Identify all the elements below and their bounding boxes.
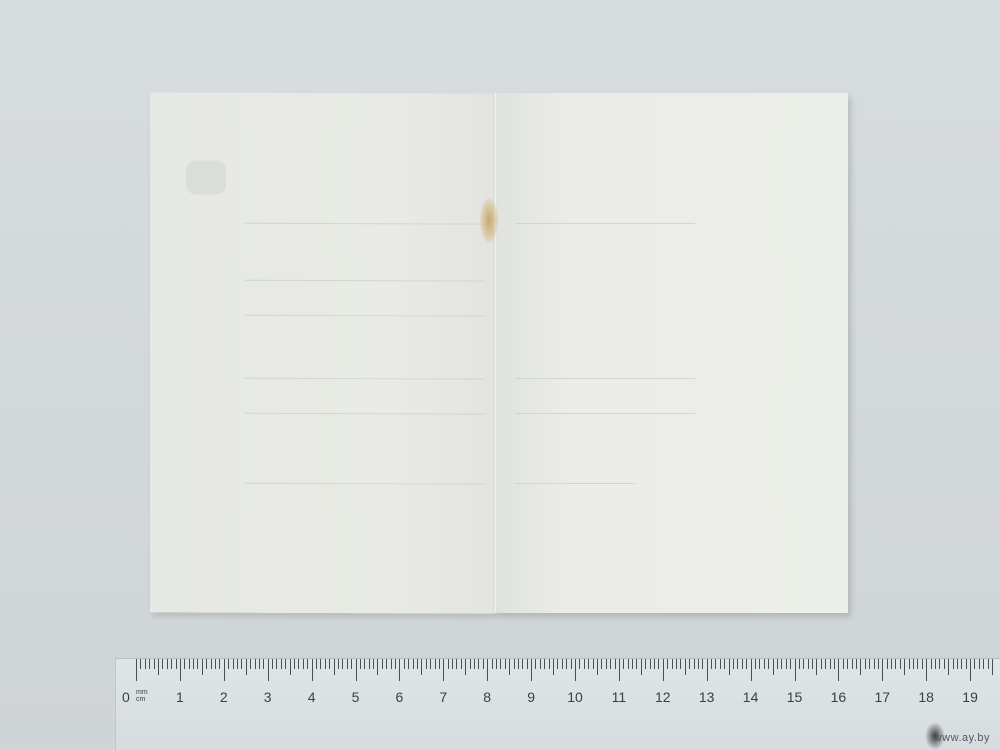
ruler-tick xyxy=(448,659,449,669)
ruler-tick xyxy=(184,659,185,669)
embossed-line xyxy=(515,413,695,414)
ruler-tick xyxy=(316,659,317,669)
ruler-tick xyxy=(773,659,774,675)
ruler-tick xyxy=(171,659,172,669)
ruler-tick xyxy=(395,659,396,669)
ruler-tick xyxy=(615,659,616,669)
ruler-tick xyxy=(246,659,247,675)
ruler-tick xyxy=(465,659,466,675)
ruler-tick xyxy=(724,659,725,669)
ruler-tick xyxy=(944,659,945,669)
ruler-tick xyxy=(917,659,918,669)
ruler-tick xyxy=(290,659,291,675)
ruler-tick xyxy=(992,659,993,675)
ruler-tick xyxy=(268,659,269,681)
ruler-tick xyxy=(259,659,260,669)
ruler-tick xyxy=(799,659,800,669)
ruler-tick xyxy=(720,659,721,669)
ruler-tick xyxy=(478,659,479,669)
ruler-tick xyxy=(795,659,796,681)
ruler-number: 18 xyxy=(918,689,934,705)
ruler-tick xyxy=(781,659,782,669)
ruler-tick xyxy=(843,659,844,669)
ruler-tick xyxy=(759,659,760,669)
ruler-tick xyxy=(241,659,242,669)
ruler-tick xyxy=(430,659,431,669)
ruler-tick xyxy=(566,659,567,669)
ruler-tick xyxy=(329,659,330,669)
ruler-tick xyxy=(838,659,839,681)
ruler-number: 13 xyxy=(699,689,715,705)
ruler-tick xyxy=(650,659,651,669)
ruler-number: 17 xyxy=(875,689,891,705)
ruler-tick xyxy=(443,659,444,681)
ruler: 0 mmcm 12345678910111213141516171819 xyxy=(115,658,1000,750)
ruler-tick xyxy=(193,659,194,669)
ruler-tick xyxy=(307,659,308,669)
ruler-tick xyxy=(961,659,962,669)
ruler-number: 7 xyxy=(439,689,447,705)
ruler-tick xyxy=(312,659,313,681)
ruler-tick xyxy=(869,659,870,669)
embossed-line xyxy=(245,280,485,282)
ruler-tick xyxy=(913,659,914,669)
ruler-tick xyxy=(658,659,659,669)
ruler-number: 15 xyxy=(787,689,803,705)
ruler-tick xyxy=(408,659,409,669)
ruler-tick xyxy=(931,659,932,669)
ruler-tick xyxy=(966,659,967,669)
ruler-tick xyxy=(628,659,629,669)
ruler-tick xyxy=(149,659,150,669)
ruler-number: 14 xyxy=(743,689,759,705)
ruler-tick xyxy=(641,659,642,675)
ruler-tick xyxy=(746,659,747,669)
ruler-tick xyxy=(180,659,181,681)
ruler-tick xyxy=(483,659,484,669)
ruler-tick xyxy=(544,659,545,669)
document-left-page xyxy=(150,92,495,613)
ruler-tick xyxy=(953,659,954,669)
photo-scene: 0 mmcm 12345678910111213141516171819 www… xyxy=(0,0,1000,750)
ruler-number: 3 xyxy=(264,689,272,705)
folded-document xyxy=(150,93,848,613)
ruler-tick xyxy=(421,659,422,675)
embossed-line xyxy=(515,378,695,379)
document-right-page xyxy=(495,93,848,613)
unit-cm: cm xyxy=(136,696,145,703)
ruler-tick xyxy=(439,659,440,669)
ruler-tick xyxy=(812,659,813,669)
ruler-tick xyxy=(255,659,256,669)
ruler-tick xyxy=(909,659,910,669)
ruler-tick xyxy=(338,659,339,669)
ruler-tick xyxy=(856,659,857,669)
ruler-ticks xyxy=(116,659,1000,689)
ruler-tick xyxy=(593,659,594,669)
ruler-tick xyxy=(334,659,335,675)
ruler-tick xyxy=(527,659,528,669)
ruler-tick xyxy=(777,659,778,669)
ruler-tick xyxy=(145,659,146,669)
ruler-tick xyxy=(847,659,848,669)
ruler-tick xyxy=(500,659,501,669)
ruler-tick xyxy=(285,659,286,669)
ruler-tick xyxy=(136,659,137,681)
ruler-tick xyxy=(860,659,861,675)
ruler-tick xyxy=(413,659,414,669)
embossed-emblem xyxy=(186,161,226,195)
ruler-tick xyxy=(575,659,576,681)
ruler-tick xyxy=(474,659,475,669)
ruler-tick xyxy=(360,659,361,669)
ruler-tick xyxy=(597,659,598,675)
ruler-number: 1 xyxy=(176,689,184,705)
ruler-number: 11 xyxy=(612,689,627,705)
ruler-tick xyxy=(391,659,392,669)
ruler-tick xyxy=(672,659,673,669)
ruler-tick xyxy=(167,659,168,669)
ruler-tick xyxy=(492,659,493,669)
ruler-tick xyxy=(689,659,690,669)
ruler-tick xyxy=(509,659,510,675)
ruler-tick xyxy=(373,659,374,669)
ruler-tick xyxy=(821,659,822,669)
ruler-tick xyxy=(619,659,620,681)
watermark: www.ay.by xyxy=(934,732,990,744)
unit-mm: mm xyxy=(136,689,148,696)
ruler-tick xyxy=(535,659,536,669)
ruler-tick xyxy=(272,659,273,669)
ruler-tick xyxy=(351,659,352,669)
ruler-tick xyxy=(711,659,712,669)
ruler-tick xyxy=(698,659,699,669)
ruler-number: 8 xyxy=(483,689,491,705)
ruler-zero-label: 0 xyxy=(122,689,130,705)
ruler-tick xyxy=(663,659,664,681)
ruler-tick xyxy=(487,659,488,681)
ruler-tick xyxy=(654,659,655,669)
ruler-unit-label: mmcm xyxy=(136,689,148,703)
ruler-tick xyxy=(979,659,980,669)
ruler-tick xyxy=(606,659,607,669)
ruler-tick xyxy=(900,659,901,669)
ruler-tick xyxy=(623,659,624,669)
ruler-tick xyxy=(549,659,550,669)
ruler-tick xyxy=(680,659,681,669)
ruler-tick xyxy=(694,659,695,669)
ruler-tick xyxy=(325,659,326,669)
ruler-tick xyxy=(176,659,177,669)
ruler-tick xyxy=(645,659,646,669)
ruler-tick xyxy=(803,659,804,669)
ruler-tick xyxy=(189,659,190,669)
ruler-tick xyxy=(852,659,853,669)
embossed-line xyxy=(515,483,635,484)
ruler-tick xyxy=(834,659,835,669)
ruler-tick xyxy=(452,659,453,669)
ruler-tick xyxy=(865,659,866,669)
ruler-tick xyxy=(768,659,769,669)
ruler-tick xyxy=(825,659,826,669)
ruler-tick xyxy=(426,659,427,669)
ruler-tick xyxy=(935,659,936,669)
ruler-number: 10 xyxy=(567,689,583,705)
ruler-tick xyxy=(939,659,940,669)
ruler-tick xyxy=(276,659,277,669)
ruler-tick xyxy=(733,659,734,669)
ruler-tick xyxy=(970,659,971,681)
ruler-tick xyxy=(237,659,238,669)
embossed-line xyxy=(245,483,485,485)
ruler-tick xyxy=(470,659,471,669)
ruler-tick xyxy=(636,659,637,669)
ruler-tick xyxy=(715,659,716,669)
ruler-tick xyxy=(386,659,387,669)
ruler-tick xyxy=(250,659,251,669)
ruler-tick xyxy=(707,659,708,681)
ruler-tick xyxy=(456,659,457,669)
ruler-tick xyxy=(948,659,949,675)
ruler-tick xyxy=(399,659,400,681)
ruler-tick xyxy=(303,659,304,669)
ruler-tick xyxy=(263,659,264,669)
ruler-tick xyxy=(702,659,703,669)
ruler-tick xyxy=(294,659,295,669)
ruler-number: 4 xyxy=(308,689,316,705)
ruler-tick xyxy=(211,659,212,669)
ruler-tick xyxy=(891,659,892,669)
ruler-tick xyxy=(632,659,633,669)
ruler-tick xyxy=(557,659,558,669)
ruler-number: 5 xyxy=(352,689,360,705)
ruler-tick xyxy=(610,659,611,669)
ruler-tick xyxy=(540,659,541,669)
ruler-tick xyxy=(786,659,787,669)
ruler-tick xyxy=(140,659,141,669)
document-fold xyxy=(493,93,497,613)
ruler-tick xyxy=(435,659,436,669)
ruler-tick xyxy=(887,659,888,669)
ruler-tick xyxy=(347,659,348,669)
ruler-tick xyxy=(742,659,743,669)
ruler-tick xyxy=(571,659,572,669)
ruler-tick xyxy=(404,659,405,669)
ruler-tick xyxy=(342,659,343,669)
ruler-tick xyxy=(228,659,229,669)
ruler-tick xyxy=(197,659,198,669)
ruler-tick xyxy=(878,659,879,669)
ruler-tick xyxy=(553,659,554,675)
embossed-line xyxy=(245,223,485,225)
ruler-tick xyxy=(505,659,506,669)
ruler-tick xyxy=(584,659,585,669)
embossed-line xyxy=(245,315,485,317)
ruler-tick xyxy=(154,659,155,669)
paper-stain xyxy=(480,198,498,243)
ruler-tick xyxy=(233,659,234,669)
ruler-tick xyxy=(830,659,831,669)
ruler-tick xyxy=(531,659,532,681)
ruler-tick xyxy=(988,659,989,669)
ruler-tick xyxy=(729,659,730,675)
ruler-tick xyxy=(382,659,383,669)
ruler-tick xyxy=(816,659,817,675)
ruler-tick xyxy=(281,659,282,669)
ruler-tick xyxy=(219,659,220,669)
ruler-tick xyxy=(764,659,765,669)
ruler-tick xyxy=(162,659,163,669)
ruler-tick xyxy=(206,659,207,669)
embossed-line xyxy=(245,378,485,380)
ruler-number: 16 xyxy=(831,689,847,705)
ruler-tick xyxy=(926,659,927,681)
embossed-line xyxy=(515,223,695,224)
ruler-tick xyxy=(417,659,418,669)
ruler-tick xyxy=(808,659,809,669)
ruler-tick xyxy=(518,659,519,669)
ruler-tick xyxy=(522,659,523,669)
ruler-tick xyxy=(369,659,370,669)
ruler-number: 19 xyxy=(962,689,978,705)
ruler-number: 9 xyxy=(527,689,535,705)
ruler-tick xyxy=(737,659,738,669)
ruler-tick xyxy=(790,659,791,669)
ruler-tick xyxy=(579,659,580,669)
ruler-tick xyxy=(755,659,756,669)
ruler-tick xyxy=(601,659,602,669)
ruler-number: 2 xyxy=(220,689,228,705)
ruler-tick xyxy=(957,659,958,669)
embossed-line xyxy=(245,413,485,415)
ruler-tick xyxy=(667,659,668,669)
ruler-tick xyxy=(685,659,686,675)
ruler-tick xyxy=(377,659,378,675)
ruler-tick xyxy=(224,659,225,681)
ruler-tick xyxy=(874,659,875,669)
ruler-tick xyxy=(895,659,896,669)
ruler-tick xyxy=(514,659,515,669)
ruler-number: 6 xyxy=(395,689,403,705)
ruler-tick xyxy=(974,659,975,669)
ruler-tick xyxy=(461,659,462,669)
ruler-tick xyxy=(562,659,563,669)
ruler-tick xyxy=(983,659,984,669)
ruler-tick xyxy=(158,659,159,675)
ruler-tick xyxy=(215,659,216,669)
ruler-tick xyxy=(298,659,299,669)
ruler-tick xyxy=(751,659,752,681)
ruler-tick xyxy=(496,659,497,669)
ruler-tick xyxy=(904,659,905,675)
ruler-tick xyxy=(676,659,677,669)
ruler-number: 12 xyxy=(655,689,671,705)
ruler-tick xyxy=(320,659,321,669)
ruler-tick xyxy=(882,659,883,681)
ruler-tick xyxy=(922,659,923,669)
ruler-tick xyxy=(364,659,365,669)
ruler-tick xyxy=(202,659,203,675)
ruler-tick xyxy=(588,659,589,669)
ruler-tick xyxy=(356,659,357,681)
